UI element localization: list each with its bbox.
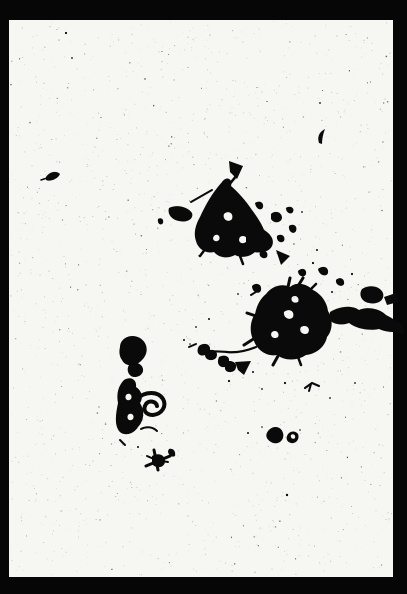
ink-speck xyxy=(329,397,331,399)
ink-speck xyxy=(261,426,263,428)
ink-speck xyxy=(247,432,249,434)
ink-speck xyxy=(228,380,230,382)
ink-speck xyxy=(351,273,353,275)
ink-speck xyxy=(316,249,318,251)
scribble-spike xyxy=(288,278,290,287)
paper-background xyxy=(9,20,393,577)
ink-speck xyxy=(312,262,314,264)
ink-speck xyxy=(71,57,73,59)
ink-speck xyxy=(137,446,139,448)
ink-speck xyxy=(261,388,263,390)
ink-speck xyxy=(208,318,210,320)
ink-speck xyxy=(286,494,288,496)
ink-speck xyxy=(195,326,197,328)
ink-speck xyxy=(183,339,185,341)
ink-speck xyxy=(301,211,303,213)
ink-speck xyxy=(319,102,321,104)
ink-speck xyxy=(284,382,286,384)
ink-speck xyxy=(189,343,191,345)
ink-speck xyxy=(299,429,301,431)
ink-speck xyxy=(237,293,239,295)
ink-blot-image xyxy=(0,0,407,594)
ink-speck xyxy=(331,291,333,293)
scanned-page xyxy=(0,0,407,594)
ink-speck xyxy=(65,32,67,34)
ink-speck xyxy=(354,382,356,384)
ink-speck xyxy=(252,371,254,373)
